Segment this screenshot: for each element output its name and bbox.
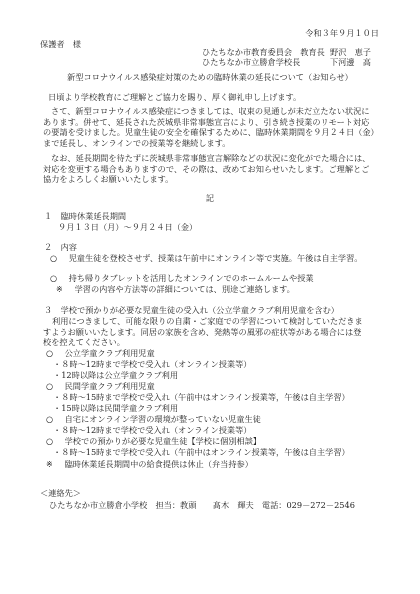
circle-bullet-icon: ○ (50, 253, 66, 264)
section-2-heading: ２ 内容 (44, 242, 77, 253)
lunch-note-text: 臨時休業延長期間中の給食提供は休止（弁当持参） (65, 459, 253, 469)
content-item: ○ 児童生徒を登校させず、授業は午前中にオンライン等で実施。午後は自主学習。 (50, 253, 362, 264)
group-label: 民間学童クラブ利用児童 (65, 381, 155, 391)
paragraph-situation: さて、新型コロナウイルス感染症につきましては、収束の見通しが未だ立たない状況に … (43, 106, 367, 148)
group-bullet: ・８時～12時まで学校で受入れ（オンライン授業等） (53, 425, 252, 436)
section-number: １ (44, 211, 58, 222)
reference-mark-icon: ※ (46, 459, 62, 470)
content-item-text: 児童生徒を登校させず、授業は午前中にオンライン等で実施。午後は自主学習。 (69, 253, 363, 263)
sender-org: ひたちなか市立勝倉学校長 (202, 57, 300, 67)
group-bullet: ・15時以降は民間学童クラブ利用 (53, 403, 178, 414)
paragraph-line: 対応を変更する場合もありますので、その際は、改めてお知らせいたします。ご理解とご (43, 164, 367, 175)
closure-period: ９月１３日（月）～９月２４日（金） (58, 222, 197, 233)
section-3-heading: ３ 学校で預かりが必要な児童生徒の受入れ（公立学童クラブ利用児童を含む） (44, 305, 339, 316)
sender-superintendent: ひたちなか市教育委員会 教育長 野沢 恵子 (202, 47, 325, 58)
group-private-club: ○ 民間学童クラブ利用児童 (46, 381, 155, 392)
group-label: 学校での預かりが必要な児童生徒【学校に個別相談】 (65, 436, 262, 446)
paragraph-line: 校を控えてください。 (43, 337, 367, 348)
paragraph-line: の要請を受けました。児童生徒の安全を確保するために、臨時休業期間を９月２４日（金… (43, 127, 367, 138)
content-note: ※ 学習の内容や方法等の詳細については、別途ご連絡します。 (56, 284, 295, 295)
paragraph-line: なお、延長期間を待たずに茨城県非常事態宣言解除などの状況に変化がでた場合には、 (43, 153, 367, 164)
lunch-note: ※ 臨時休業延長期間中の給食提供は休止（弁当持参） (46, 459, 253, 470)
reference-mark-icon: ※ (56, 284, 72, 295)
circle-bullet-icon: ○ (46, 348, 62, 359)
issue-date: 令和３年９月１０日 (305, 28, 379, 39)
section-1-heading: １ 臨時休業延長期間 (44, 211, 126, 222)
group-bullet: ・８時～12時まで学校で受入れ（オンライン授業等） (53, 359, 252, 370)
contact-info: ひたちなか市立勝倉小学校 担当：教頭 髙木 輝夫 電話：029－272－2546 (49, 500, 355, 511)
ki-heading: 記 (0, 193, 420, 204)
paragraph-notice: なお、延長期間を待たずに茨城県非常事態宣言解除などの状況に変化がでた場合には、 … (43, 153, 367, 185)
paragraph-line: あります。併せて、延長された茨城県非常事態宣言により、引き続き授業のリモート対応 (43, 117, 367, 128)
paragraph-line: さて、新型コロナウイルス感染症につきましては、収束の見通しが未だ立たない状況に (43, 106, 367, 117)
circle-bullet-icon: ○ (46, 436, 62, 447)
recipient: 保護者 様 (40, 39, 81, 50)
circle-bullet-icon: ○ (46, 414, 62, 425)
group-label: 公立学童クラブ利用児童 (65, 348, 155, 358)
sender-name: 下河邊 高 (330, 57, 371, 68)
group-bullet: ・８時～15時まで学校で受入れ（午前中はオンライン授業等，午後は自主学習） (53, 447, 350, 458)
sender-principal: ひたちなか市立勝倉学校長 下河邊 高 (202, 57, 300, 68)
content-item: ○ 持ち帰りタブレットを活用したオンラインでのホームルームや授業 (50, 273, 314, 284)
group-bullet: ・12時以降は公立学童クラブ利用 (53, 370, 178, 381)
section-title: 臨時休業延長期間 (61, 211, 127, 221)
circle-bullet-icon: ○ (46, 381, 62, 392)
content-item-text: 持ち帰りタブレットを活用したオンラインでのホームルームや授業 (69, 273, 314, 283)
document-title: 新型コロナウイルス感染症対策のための臨時休業の延長について（お知らせ） (0, 72, 420, 83)
group-public-club: ○ 公立学童クラブ利用児童 (46, 348, 155, 359)
sender-org: ひたちなか市教育委員会 教育長 (202, 47, 325, 57)
sender-name: 野沢 恵子 (330, 47, 371, 58)
content-note-text: 学習の内容や方法等の詳細については、別途ご連絡します。 (75, 284, 295, 294)
group-label: 自宅にオンライン学習の環境が整っていない児童生徒 (65, 414, 261, 424)
section-title: 学校で預かりが必要な児童生徒の受入れ（公立学童クラブ利用児童を含む） (61, 305, 339, 315)
section-3-intro: 利用につきまして、可能な限りの自粛・ご家庭での学習について検討していただきま す… (43, 316, 367, 348)
section-number: ３ (44, 305, 58, 316)
group-individual-consult: ○ 学校での預かりが必要な児童生徒【学校に個別相談】 (46, 436, 261, 447)
group-no-online-env: ○ 自宅にオンライン学習の環境が整っていない児童生徒 (46, 414, 261, 425)
paragraph-greeting: 日頃より学校教育にご理解とご協力を賜り、厚く御礼申し上げます。 (48, 92, 372, 103)
paragraph-line: 利用につきまして、可能な限りの自粛・ご家庭での学習について検討していただきま (43, 316, 367, 327)
group-bullet: ・８時～15時まで学校で受入れ（午前中はオンライン授業等，午後は自主学習） (53, 392, 350, 403)
paragraph-line: まで延長し、オンラインでの授業等を継続します。 (43, 138, 367, 149)
section-title: 内容 (61, 242, 77, 252)
paragraph-line: 日頃より学校教育にご理解とご協力を賜り、厚く御礼申し上げます。 (48, 92, 372, 103)
paragraph-line: 協力をよろしくお願いいたします。 (43, 174, 367, 185)
paragraph-line: すようお願いいたします。同居の家族を含め、発熱等の風邪の症状等がある場合には登 (43, 327, 367, 338)
section-number: ２ (44, 242, 58, 253)
circle-bullet-icon: ○ (50, 273, 66, 284)
contact-label: ＜連絡先＞ (40, 488, 81, 499)
